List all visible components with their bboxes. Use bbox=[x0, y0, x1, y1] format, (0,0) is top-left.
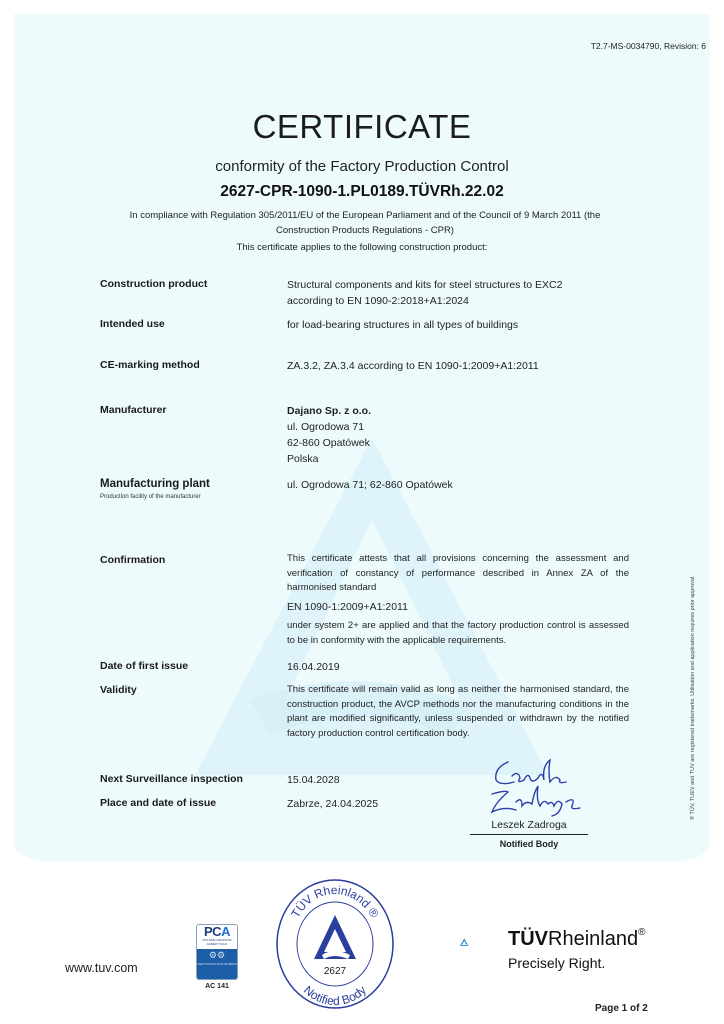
page-number: Page 1 of 2 bbox=[595, 1003, 648, 1014]
intended-use-value: for load-bearing structures in all types… bbox=[287, 317, 629, 333]
tuv-rheinland-wordmark: TÜVRheinland® bbox=[508, 928, 645, 951]
first-issue-value: 16.04.2019 bbox=[287, 659, 629, 675]
manufacturing-plant-sublabel: Production facility of the manufacturer bbox=[100, 494, 201, 500]
construction-product-value: Structural components and kits for steel… bbox=[287, 277, 629, 309]
validity-value: This certificate will remain valid as lo… bbox=[287, 683, 629, 741]
compliance-line-2: Construction Products Regulations - CPR) bbox=[100, 224, 630, 239]
construction-product-line-1: Structural components and kits for steel… bbox=[287, 277, 629, 293]
manufacturing-plant-label: Manufacturing plant bbox=[100, 478, 210, 490]
compliance-line-1: In compliance with Regulation 305/2011/E… bbox=[100, 209, 630, 224]
svg-text:2627: 2627 bbox=[324, 966, 347, 977]
pca-subtitle: POLSKIE CENTRUM AKREDYTACJI bbox=[197, 938, 237, 946]
confirmation-label: Confirmation bbox=[100, 554, 165, 566]
handwritten-signature-icon bbox=[486, 756, 586, 818]
certificate-number: 2627-CPR-1090-1.PL0189.TÜVRh.22.02 bbox=[0, 183, 724, 201]
brand-claim: Precisely Right. bbox=[508, 955, 605, 971]
gears-icon: ⚙⚙ bbox=[197, 949, 237, 962]
next-surveillance-label: Next Surveillance inspection bbox=[100, 773, 243, 785]
manufacturer-city: 62-860 Opatówek bbox=[287, 435, 629, 451]
tuv-rheinland-triangle-icon bbox=[460, 924, 506, 964]
signatory-name: Leszek Zadroga bbox=[470, 819, 588, 831]
signature-line bbox=[470, 834, 588, 835]
website-link[interactable]: www.tuv.com bbox=[65, 961, 138, 975]
ce-marking-label: CE-marking method bbox=[100, 359, 200, 371]
construction-product-label: Construction product bbox=[100, 278, 207, 290]
certificate-title: CERTIFICATE bbox=[0, 108, 724, 146]
confirmation-standard: EN 1090-1:2009+A1:2011 bbox=[287, 599, 629, 615]
manufacturer-name: Dajano Sp. z o.o. bbox=[287, 403, 629, 419]
confirmation-text-1: This certificate attests that all provis… bbox=[287, 552, 629, 596]
construction-product-line-2: according to EN 1090-2:2018+A1:2024 bbox=[287, 293, 629, 309]
manufacturer-country: Polska bbox=[287, 451, 629, 467]
pca-accreditation-logo: PCA POLSKIE CENTRUM AKREDYTACJI ⚙⚙ CERTY… bbox=[196, 924, 238, 980]
pca-bottom-text: CERTYFIKACJA WYROBÓW bbox=[197, 962, 237, 966]
accreditation-code: AC 141 bbox=[196, 983, 238, 990]
manufacturing-plant-value: ul. Ogrodowa 71; 62-860 Opatówek bbox=[287, 477, 629, 493]
manufacturer-street: ul. Ogrodowa 71 bbox=[287, 419, 629, 435]
pca-logo-text: PCA bbox=[197, 925, 237, 938]
confirmation-text-2: under system 2+ are applied and that the… bbox=[287, 619, 629, 648]
validity-label: Validity bbox=[100, 684, 137, 696]
document-reference: T2.7-MS-0034790, Revision: 6 bbox=[520, 41, 706, 51]
notified-body-seal-icon: TÜV Rheinland ® Notified Body 2627 bbox=[274, 877, 396, 1011]
first-issue-label: Date of first issue bbox=[100, 660, 188, 672]
applies-statement: This certificate applies to the followin… bbox=[0, 242, 724, 253]
certificate-subtitle: conformity of the Factory Production Con… bbox=[0, 158, 724, 175]
place-date-label: Place and date of issue bbox=[100, 797, 216, 809]
ce-marking-value: ZA.3.2, ZA.3.4 according to EN 1090-1:20… bbox=[287, 358, 629, 374]
manufacturer-label: Manufacturer bbox=[100, 404, 167, 416]
intended-use-label: Intended use bbox=[100, 318, 165, 330]
compliance-statement: In compliance with Regulation 305/2011/E… bbox=[100, 209, 630, 238]
trademark-note: ® TÜV, TUEV and TUV are registered trade… bbox=[690, 575, 696, 820]
manufacturer-value: Dajano Sp. z o.o. ul. Ogrodowa 71 62-860… bbox=[287, 403, 629, 467]
signatory-role: Notified Body bbox=[470, 839, 588, 849]
